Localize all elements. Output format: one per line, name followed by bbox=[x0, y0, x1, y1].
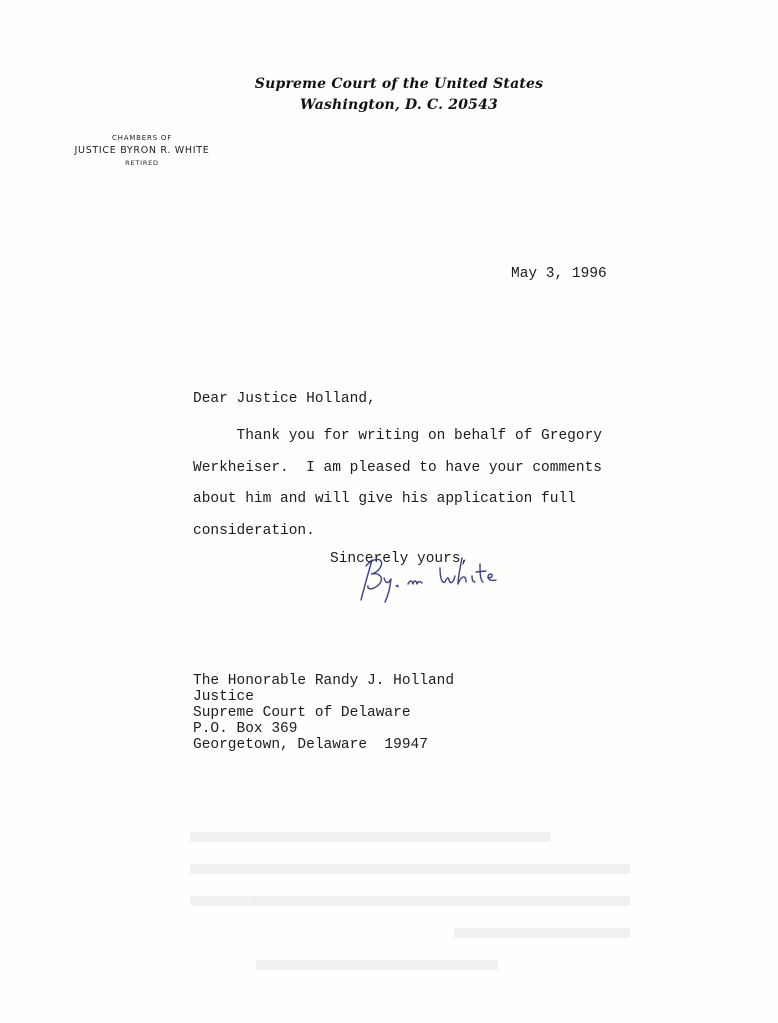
address-line: The Honorable Randy J. Holland bbox=[193, 673, 454, 689]
chambers-block: CHAMBERS OF JUSTICE BYRON R. WHITE RETIR… bbox=[62, 132, 222, 169]
chambers-line-1: CHAMBERS OF bbox=[62, 132, 222, 144]
body-line: Thank you for writing on behalf of Grego… bbox=[193, 421, 633, 453]
salutation: Dear Justice Holland, bbox=[193, 391, 376, 407]
letter-date: May 3, 1996 bbox=[511, 266, 607, 282]
chambers-line-2: JUSTICE BYRON R. WHITE bbox=[62, 144, 222, 158]
body-line: Werkheiser. I am pleased to have your co… bbox=[193, 453, 633, 485]
letterhead: Supreme Court of the United States Washi… bbox=[0, 73, 778, 115]
chambers-line-3: RETIRED bbox=[62, 158, 222, 169]
address-line: Supreme Court of Delaware bbox=[193, 705, 454, 721]
letterhead-institution: Supreme Court of the United States bbox=[20, 73, 778, 95]
letter-body: Thank you for writing on behalf of Grego… bbox=[193, 421, 633, 547]
letter-page: Supreme Court of the United States Washi… bbox=[0, 0, 778, 1023]
address-line: Georgetown, Delaware 19947 bbox=[193, 737, 454, 753]
body-line: consideration. bbox=[193, 516, 633, 548]
address-line: P.O. Box 369 bbox=[193, 721, 454, 737]
bleed-through-shadow bbox=[190, 790, 630, 970]
body-line: about him and will give his application … bbox=[193, 484, 633, 516]
address-line: Justice bbox=[193, 689, 454, 705]
recipient-address: The Honorable Randy J. Holland Justice S… bbox=[193, 673, 454, 753]
letterhead-location: Washington, D. C. 20543 bbox=[20, 95, 778, 115]
handwritten-signature bbox=[358, 552, 528, 607]
